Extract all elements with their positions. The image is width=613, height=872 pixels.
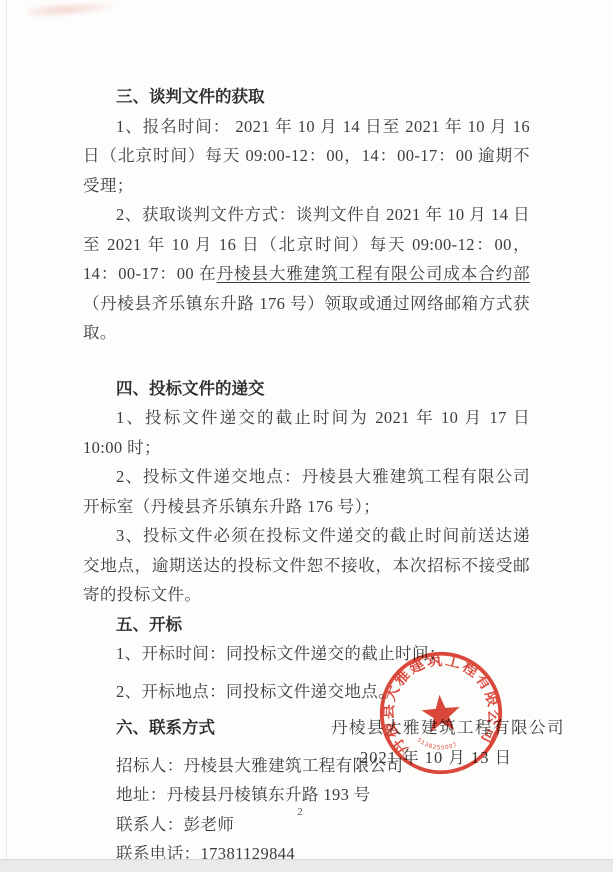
- svg-text:5138255007: 5138255007: [415, 734, 459, 754]
- ink-smudge: [28, 0, 121, 19]
- paragraph-late-submission: 3、投标文件必须在投标文件递交的截止时间前送达递交地点，逾期送达的投标文件恕不接…: [83, 521, 530, 610]
- section-heading-negotiation-docs: 三、谈判文件的获取: [83, 82, 530, 112]
- page-bottom-edge: [0, 859, 613, 872]
- company-seal: 丹棱县大雅建筑工程有限公司 5138255007: [373, 645, 510, 782]
- paragraph-submission-place: 2、投标文件递交地点：丹棱县大雅建筑工程有限公司开标室（丹棱县齐乐镇东升路 17…: [83, 462, 530, 521]
- document-page: 三、谈判文件的获取 1、报名时间： 2021 年 10 月 14 日至 2021…: [0, 0, 613, 872]
- seal-star: [420, 693, 461, 733]
- page-number: 2: [0, 806, 600, 818]
- paragraph-obtain-method: 2、获取谈判文件方式：谈判文件自 2021 年 10 月 14 日至 2021 …: [83, 200, 530, 348]
- underlined-text: 丹棱县大雅建筑工程有限公司成本合约部: [217, 264, 530, 283]
- seal-number-text: 5138255007: [415, 734, 459, 754]
- paragraph-deadline: 1、投标文件递交的截止时间为 2021 年 10 月 17 日 10:00 时；: [83, 403, 530, 462]
- section-heading-bid-submission: 四、投标文件的递交: [83, 374, 530, 404]
- paragraph-signup-time: 1、报名时间： 2021 年 10 月 14 日至 2021 年 10 月 16…: [83, 112, 530, 201]
- section-heading-bid-opening: 五、开标: [83, 610, 530, 640]
- page-edge-line: [6, 0, 7, 860]
- paragraph-text: （丹棱县齐乐镇东升路 176 号）领取或通过网络邮箱方式获取。: [83, 294, 530, 343]
